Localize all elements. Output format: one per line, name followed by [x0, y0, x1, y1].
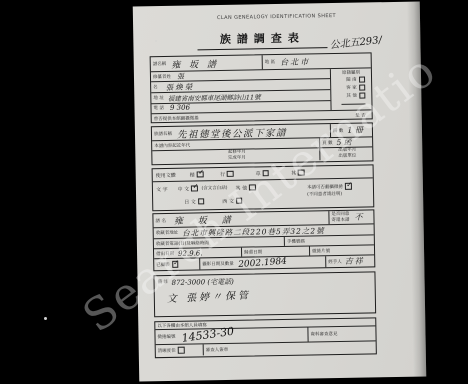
pages-label: 頁 數 [322, 140, 333, 146]
film-qty-label: 攝影日期及數量 [202, 260, 234, 267]
chinese-option-label: 中 文 [177, 185, 189, 192]
form-sheet: CLAN GENEALOGY IDENTIFICATION SHEET 族譜調查… [133, 2, 427, 382]
genealogy-name-value: 先祖德堂後公派下家譜 [177, 124, 287, 140]
film-permission-note-label: (不同意者請註明) [307, 190, 373, 197]
dust-speck [155, 40, 157, 42]
film-qty-value: 2002.1984 [237, 256, 286, 269]
microfilm-used-label: 曾否提供本館翻攝微捲 [154, 115, 199, 122]
holder-title-value: 雍 坂 譜 [174, 213, 237, 227]
publisher-label: 出版單位 [338, 154, 356, 160]
return-consent-value: 不 [354, 212, 362, 223]
style-option-label: 草 [256, 170, 261, 177]
volumes-value: 1 冊 [347, 125, 363, 136]
style-option-label: 楷 [190, 171, 195, 178]
section-script: 使用文體 楷 ✓ 行 草 其 文 字 中 文 ✓ (含文言白話) 其 他 [152, 164, 375, 211]
chinese-note-label: (含文言白話) [201, 185, 227, 191]
section-genealogy: 族譜名稱 先祖德堂後公派下家譜 冊 數 1 冊 本譜內容起訖年代 頁 數 5 函 [151, 122, 374, 165]
western-option-label: 西 文 [222, 197, 234, 204]
mobile-label: 手機號碼 [287, 238, 305, 244]
japanese-option-label: 日 文 [184, 198, 196, 205]
compiler-address-label: 地 址 [153, 95, 164, 101]
sheet-english-title: CLAN GENEALOGY IDENTIFICATION SHEET [133, 12, 420, 23]
region-label: 地 區 [265, 59, 276, 65]
checkbox-icon [263, 170, 270, 177]
reviewer-sign-label: 審查人簽章 [206, 346, 229, 352]
form-title: 族譜調查表 [197, 29, 327, 50]
notes-line1-value: 872-3000 (宅電話) [171, 277, 233, 288]
handler-label: 經手人 [328, 258, 342, 264]
volumes-label: 冊 數 [333, 127, 344, 133]
section-notes: 備 註 872-3000 (宅電話) 文 張婷〃保管 [153, 271, 376, 317]
checkbox-icon [227, 171, 234, 178]
compiler-phone-value: 9 306 [170, 104, 190, 112]
serial-number-handwritten: 公北五293/ [329, 31, 383, 51]
checkbox-icon [359, 84, 366, 91]
holder-phone-label: 收藏者電話(日)及聯絡時間 [156, 240, 209, 247]
genealogy-title-label: 譜名稱 [153, 61, 167, 67]
checkbox-icon [236, 197, 243, 204]
region-value: 台北市 [280, 56, 310, 68]
check-mark-icon: ✓ [198, 168, 204, 176]
other-option-label: 其 他 [235, 184, 247, 191]
check-mark-icon: ✓ [193, 182, 199, 190]
office-use-header-label: 以下各欄由本館人員填寫 [157, 322, 207, 329]
filmed-label: 已攝影 [156, 261, 170, 267]
checkbox-icon [359, 76, 366, 83]
holder-address-label: 收藏者地址 [156, 230, 179, 236]
borrow-date-label: 借出日期 [156, 250, 174, 256]
reel-number-label: 微捲片號 [312, 248, 330, 254]
content-range-label: 本譜內容起訖年代 [154, 142, 190, 149]
style-option-label: 其 [291, 169, 296, 176]
style-option-label: 行 [220, 170, 225, 177]
checkbox-icon [359, 92, 366, 99]
review-label: 資料審查意見 [310, 331, 337, 337]
section-holder: 譜 名 雍 坂 譜 是否同意 寄還本譜 不 收藏者地址 台北市興隆路二段220巷… [152, 209, 375, 271]
pages-value: 5 函 [336, 137, 351, 148]
genealogy-name-label: 族譜名稱 [154, 130, 172, 136]
checkbox-icon [178, 347, 185, 354]
holder-title-label: 譜 名 [155, 217, 166, 223]
handler-value: 吉祥 [345, 256, 365, 267]
film-number-label: 微捲編號 [157, 334, 175, 340]
dust-speck [44, 317, 47, 320]
surname-label: 修纂者姓 [153, 73, 171, 79]
blank-line [341, 102, 365, 104]
checkbox-icon [198, 198, 205, 205]
check-mark-icon: ✓ [173, 258, 179, 266]
name-label: 名 [153, 84, 158, 90]
origin-option-label: 閩 南 [346, 77, 357, 83]
surname-value: 張 [177, 71, 184, 81]
compiler-address-value: 福建省南安縣車尾湖鄉詩山11號 [168, 92, 261, 103]
origin-option-label: 客 家 [346, 85, 357, 91]
film-permission-label: 本譜可否翻攝微捲 [307, 183, 343, 190]
compiler-phone-label: 電 話 [153, 105, 164, 111]
finish-date-label: 完成年月 [228, 156, 246, 162]
checkbox-icon [298, 169, 305, 176]
borrow-date-value: 92.9.6. [178, 249, 203, 257]
yes-no-label: 是 否 [355, 112, 366, 118]
check-mark-icon: ✓ [346, 180, 352, 188]
return-consent-label: 寄還本譜 [331, 217, 349, 223]
checkbox-icon [249, 184, 256, 191]
clarity-label: 清晰度佳 [158, 347, 176, 353]
notes-label: 備 註 [158, 279, 169, 285]
origin-option-label: 其 他 [346, 93, 357, 99]
return-date-label: 歸還日期 [244, 249, 262, 255]
text-label: 文 字 [156, 185, 168, 192]
section-office-use: 以下各欄由本館人員填寫 微捲編號 14533-30 資料審查意見 清晰度佳 審查… [154, 317, 377, 358]
scan-background: CLAN GENEALOGY IDENTIFICATION SHEET 族譜調查… [0, 0, 468, 384]
name-value: 張煥榮 [166, 81, 195, 92]
notes-line2-value: 文 張婷〃保管 [167, 286, 252, 305]
section-compiler: 譜名稱 雍 坂 譜 地 區 台北市 修纂者姓 張 名 張煥榮 [150, 52, 373, 123]
style-label: 使用文體 [156, 171, 176, 178]
genealogy-title-value: 雍 坂 譜 [171, 57, 219, 71]
